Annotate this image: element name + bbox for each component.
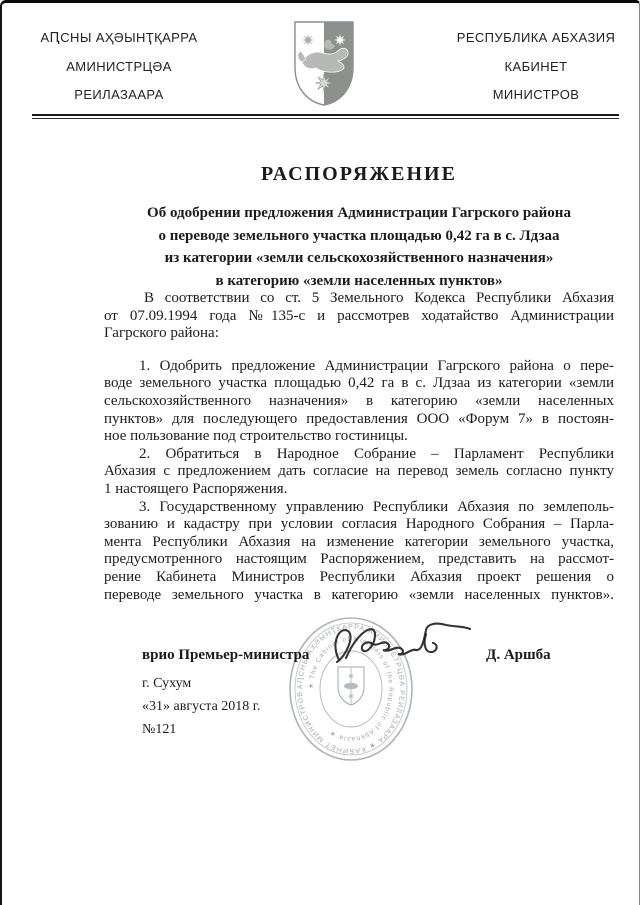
letterhead-abkhaz-line: РЕИЛАЗААРА [35, 81, 203, 110]
intro-paragraph: В соответствии со ст. 5 Земельного Кодек… [104, 290, 614, 343]
body-line: сельскохозяйственного назначения» в кате… [104, 393, 614, 411]
body-line: 2. Обратиться в Народное Собрание – Парл… [104, 446, 614, 464]
document-number: №121 [142, 722, 176, 738]
body-line: ное пользование под строительство гостин… [104, 428, 614, 446]
subject-line: в категорию «земли населенных пунктов» [99, 270, 619, 293]
letterhead-russian: РЕСПУБЛИКА АБХАЗИЯ КАБИНЕТ МИНИСТРОВ [447, 24, 625, 110]
signature-autograph [325, 620, 475, 675]
item-1-paragraph: 1. Одобрить предложение Администрации Га… [104, 358, 614, 446]
letterhead-abkhaz: АԤСНЫ АҲӘЫНҬҚАРРА АМИНИСТРЦӘА РЕИЛАЗААРА [35, 24, 203, 110]
document-title: РАСПОРЯЖЕНИЕ [104, 163, 614, 186]
body-line: В соответствии со ст. 5 Земельного Кодек… [104, 290, 614, 308]
body-line: Гагрского района: [104, 325, 614, 343]
signature-city: г. Сухум [142, 676, 191, 692]
subject-line: о переводе земельного участка площадью 0… [99, 225, 619, 248]
subject-line: Об одобрении предложения Администрации Г… [99, 202, 619, 225]
item-2-paragraph: 2. Обратиться в Народное Собрание – Парл… [104, 446, 614, 499]
signer-name: Д. Аршба [486, 647, 551, 664]
body-line: переводе земельного участка в категорию … [104, 587, 614, 605]
body-line: мента Республики Абхазия на изменение ка… [104, 534, 614, 552]
item-3-paragraph: 3. Государственному управлению Республик… [104, 499, 614, 605]
coat-of-arms-icon [292, 19, 356, 109]
body-line: рение Кабинета Министров Республики Абха… [104, 569, 614, 587]
body-line: Абхазия с предложением дать согласие на … [104, 463, 614, 481]
letterhead-abkhaz-line: АМИНИСТРЦӘА [35, 53, 203, 82]
signer-position-label: врио Премьер-министра [142, 647, 309, 664]
letterhead-russian-line: РЕСПУБЛИКА АБХАЗИЯ [447, 24, 625, 53]
signature-date: «31» августа 2018 г. [142, 699, 260, 715]
document-body: В соответствии со ст. 5 Земельного Кодек… [104, 290, 614, 604]
body-line: предусмотренного настоящим Распоряжением… [104, 551, 614, 569]
body-line: воде земельного участка площадью 0,42 га… [104, 375, 614, 393]
body-line: от 07.09.1994 года №135-с и рассмотрев х… [104, 308, 614, 326]
body-line: пунктов» для последующего предоставления… [104, 411, 614, 429]
body-line: 1 настоящего Распоряжения. [104, 481, 614, 499]
body-line: зованию и кадастру при условии согласия … [104, 516, 614, 534]
document-subject: Об одобрении предложения Администрации Г… [99, 202, 619, 292]
subject-line: из категории «земли сельскохозяйственног… [99, 247, 619, 270]
letterhead-divider [32, 114, 619, 119]
letterhead-russian-line: КАБИНЕТ [447, 53, 625, 82]
body-line: 3. Государственному управлению Республик… [104, 499, 614, 517]
body-line: 1. Одобрить предложение Администрации Га… [104, 358, 614, 376]
decree-document-page: АԤСНЫ АҲӘЫНҬҚАРРА АМИНИСТРЦӘА РЕИЛАЗААРА… [0, 0, 640, 905]
letterhead-abkhaz-line: АԤСНЫ АҲӘЫНҬҚАРРА [35, 24, 203, 53]
letterhead-russian-line: МИНИСТРОВ [447, 81, 625, 110]
